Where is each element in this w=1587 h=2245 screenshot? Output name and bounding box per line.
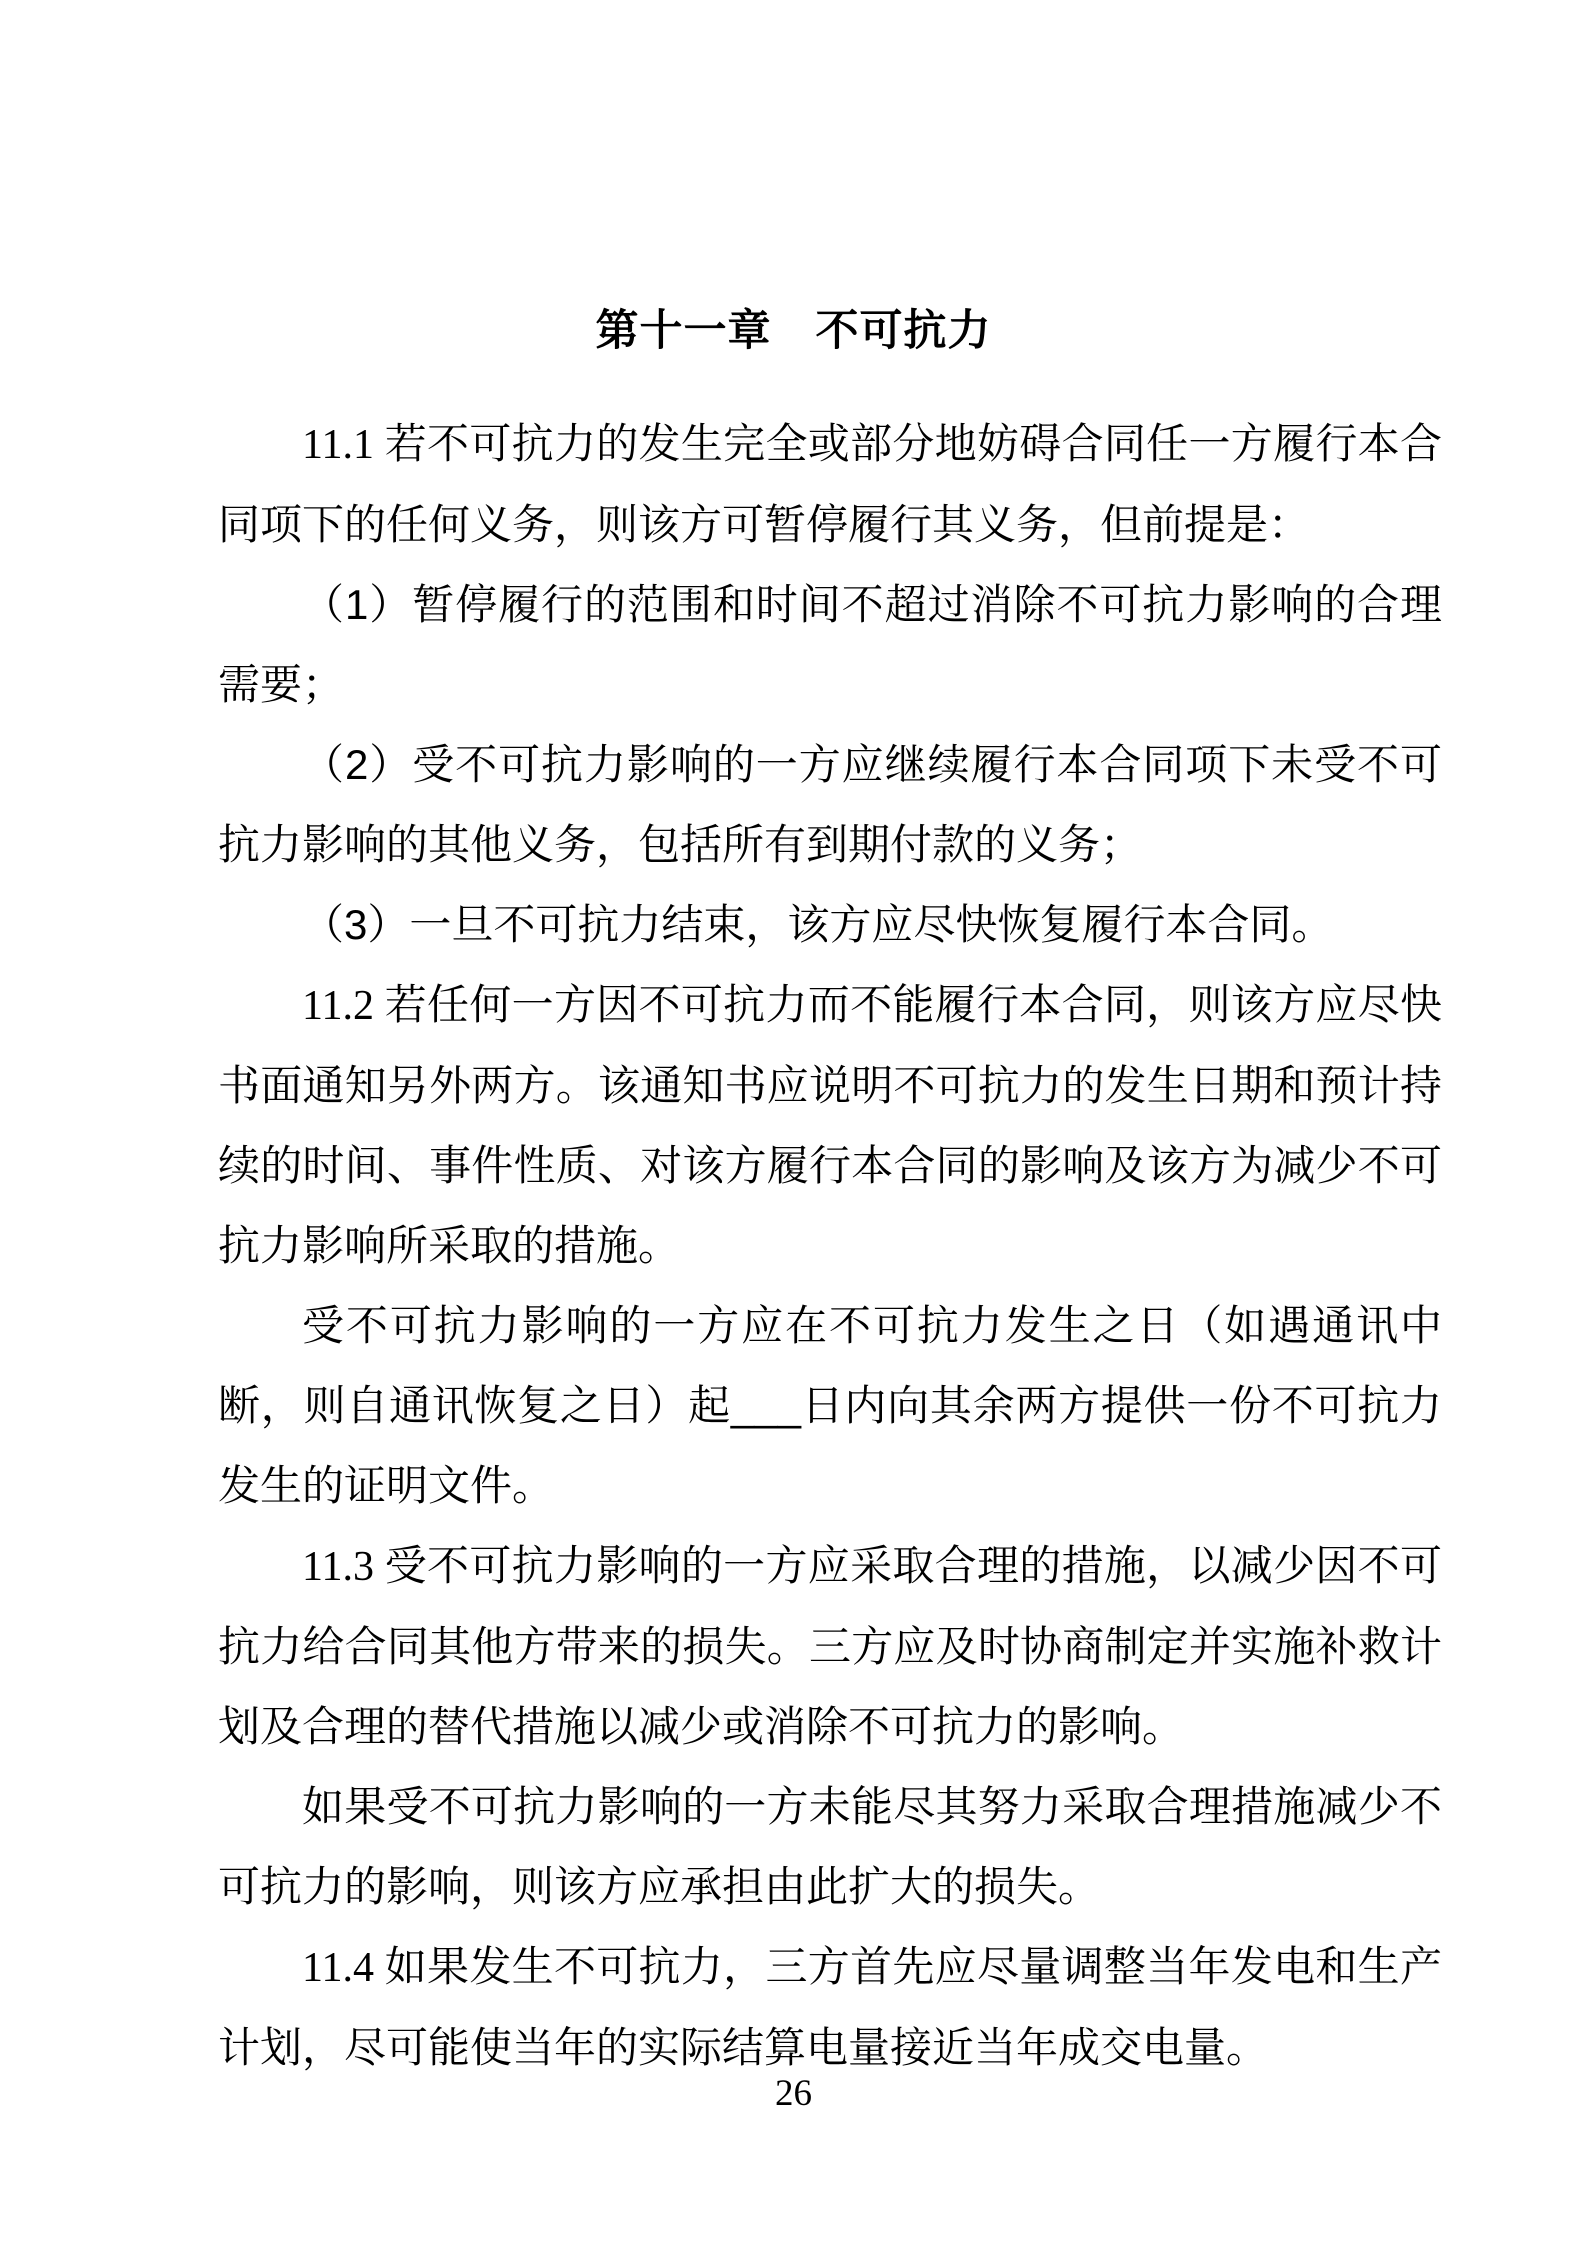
chapter-title: 第十一章 不可抗力 [0, 308, 1587, 355]
document-page: 第十一章 不可抗力 11.1 若不可抗力的发生完全或部分地妨碍合同任一方履行本合… [0, 0, 1587, 2245]
paragraph: （3）一旦不可抗力结束，该方应尽快恢复履行本合同。 [218, 885, 1442, 965]
page-number: 26 [0, 2072, 1587, 2116]
clause-number: 11.4 [302, 1945, 385, 1991]
paragraph: 11.3 受不可抗力影响的一方应采取合理的措施，以减少因不可抗力给合同其他方带来… [218, 1526, 1442, 1767]
clause-number: 11.2 [302, 983, 385, 1029]
paragraph: 11.1 若不可抗力的发生完全或部分地妨碍合同任一方履行本合同项下的任何义务，则… [218, 404, 1442, 565]
paragraph: 11.4 如果发生不可抗力，三方首先应尽量调整当年发电和生产计划，尽可能使当年的… [218, 1927, 1442, 2088]
document-body: 11.1 若不可抗力的发生完全或部分地妨碍合同任一方履行本合同项下的任何义务，则… [218, 404, 1442, 2088]
paragraph: （1）暂停履行的范围和时间不超过消除不可抗力影响的合理需要； [218, 565, 1442, 725]
clause-number: 11.1 [302, 422, 385, 468]
paragraph: 如果受不可抗力影响的一方未能尽其努力采取合理措施减少不可抗力的影响，则该方应承担… [218, 1767, 1442, 1927]
clause-number: 11.3 [302, 1544, 385, 1590]
paragraph: 11.2 若任何一方因不可抗力而不能履行本合同，则该方应尽快书面通知另外两方。该… [218, 965, 1442, 1286]
paragraph: 受不可抗力影响的一方应在不可抗力发生之日（如遇通讯中断，则自通讯恢复之日）起__… [218, 1286, 1442, 1526]
paragraph: （2）受不可抗力影响的一方应继续履行本合同项下未受不可抗力影响的其他义务，包括所… [218, 725, 1442, 885]
